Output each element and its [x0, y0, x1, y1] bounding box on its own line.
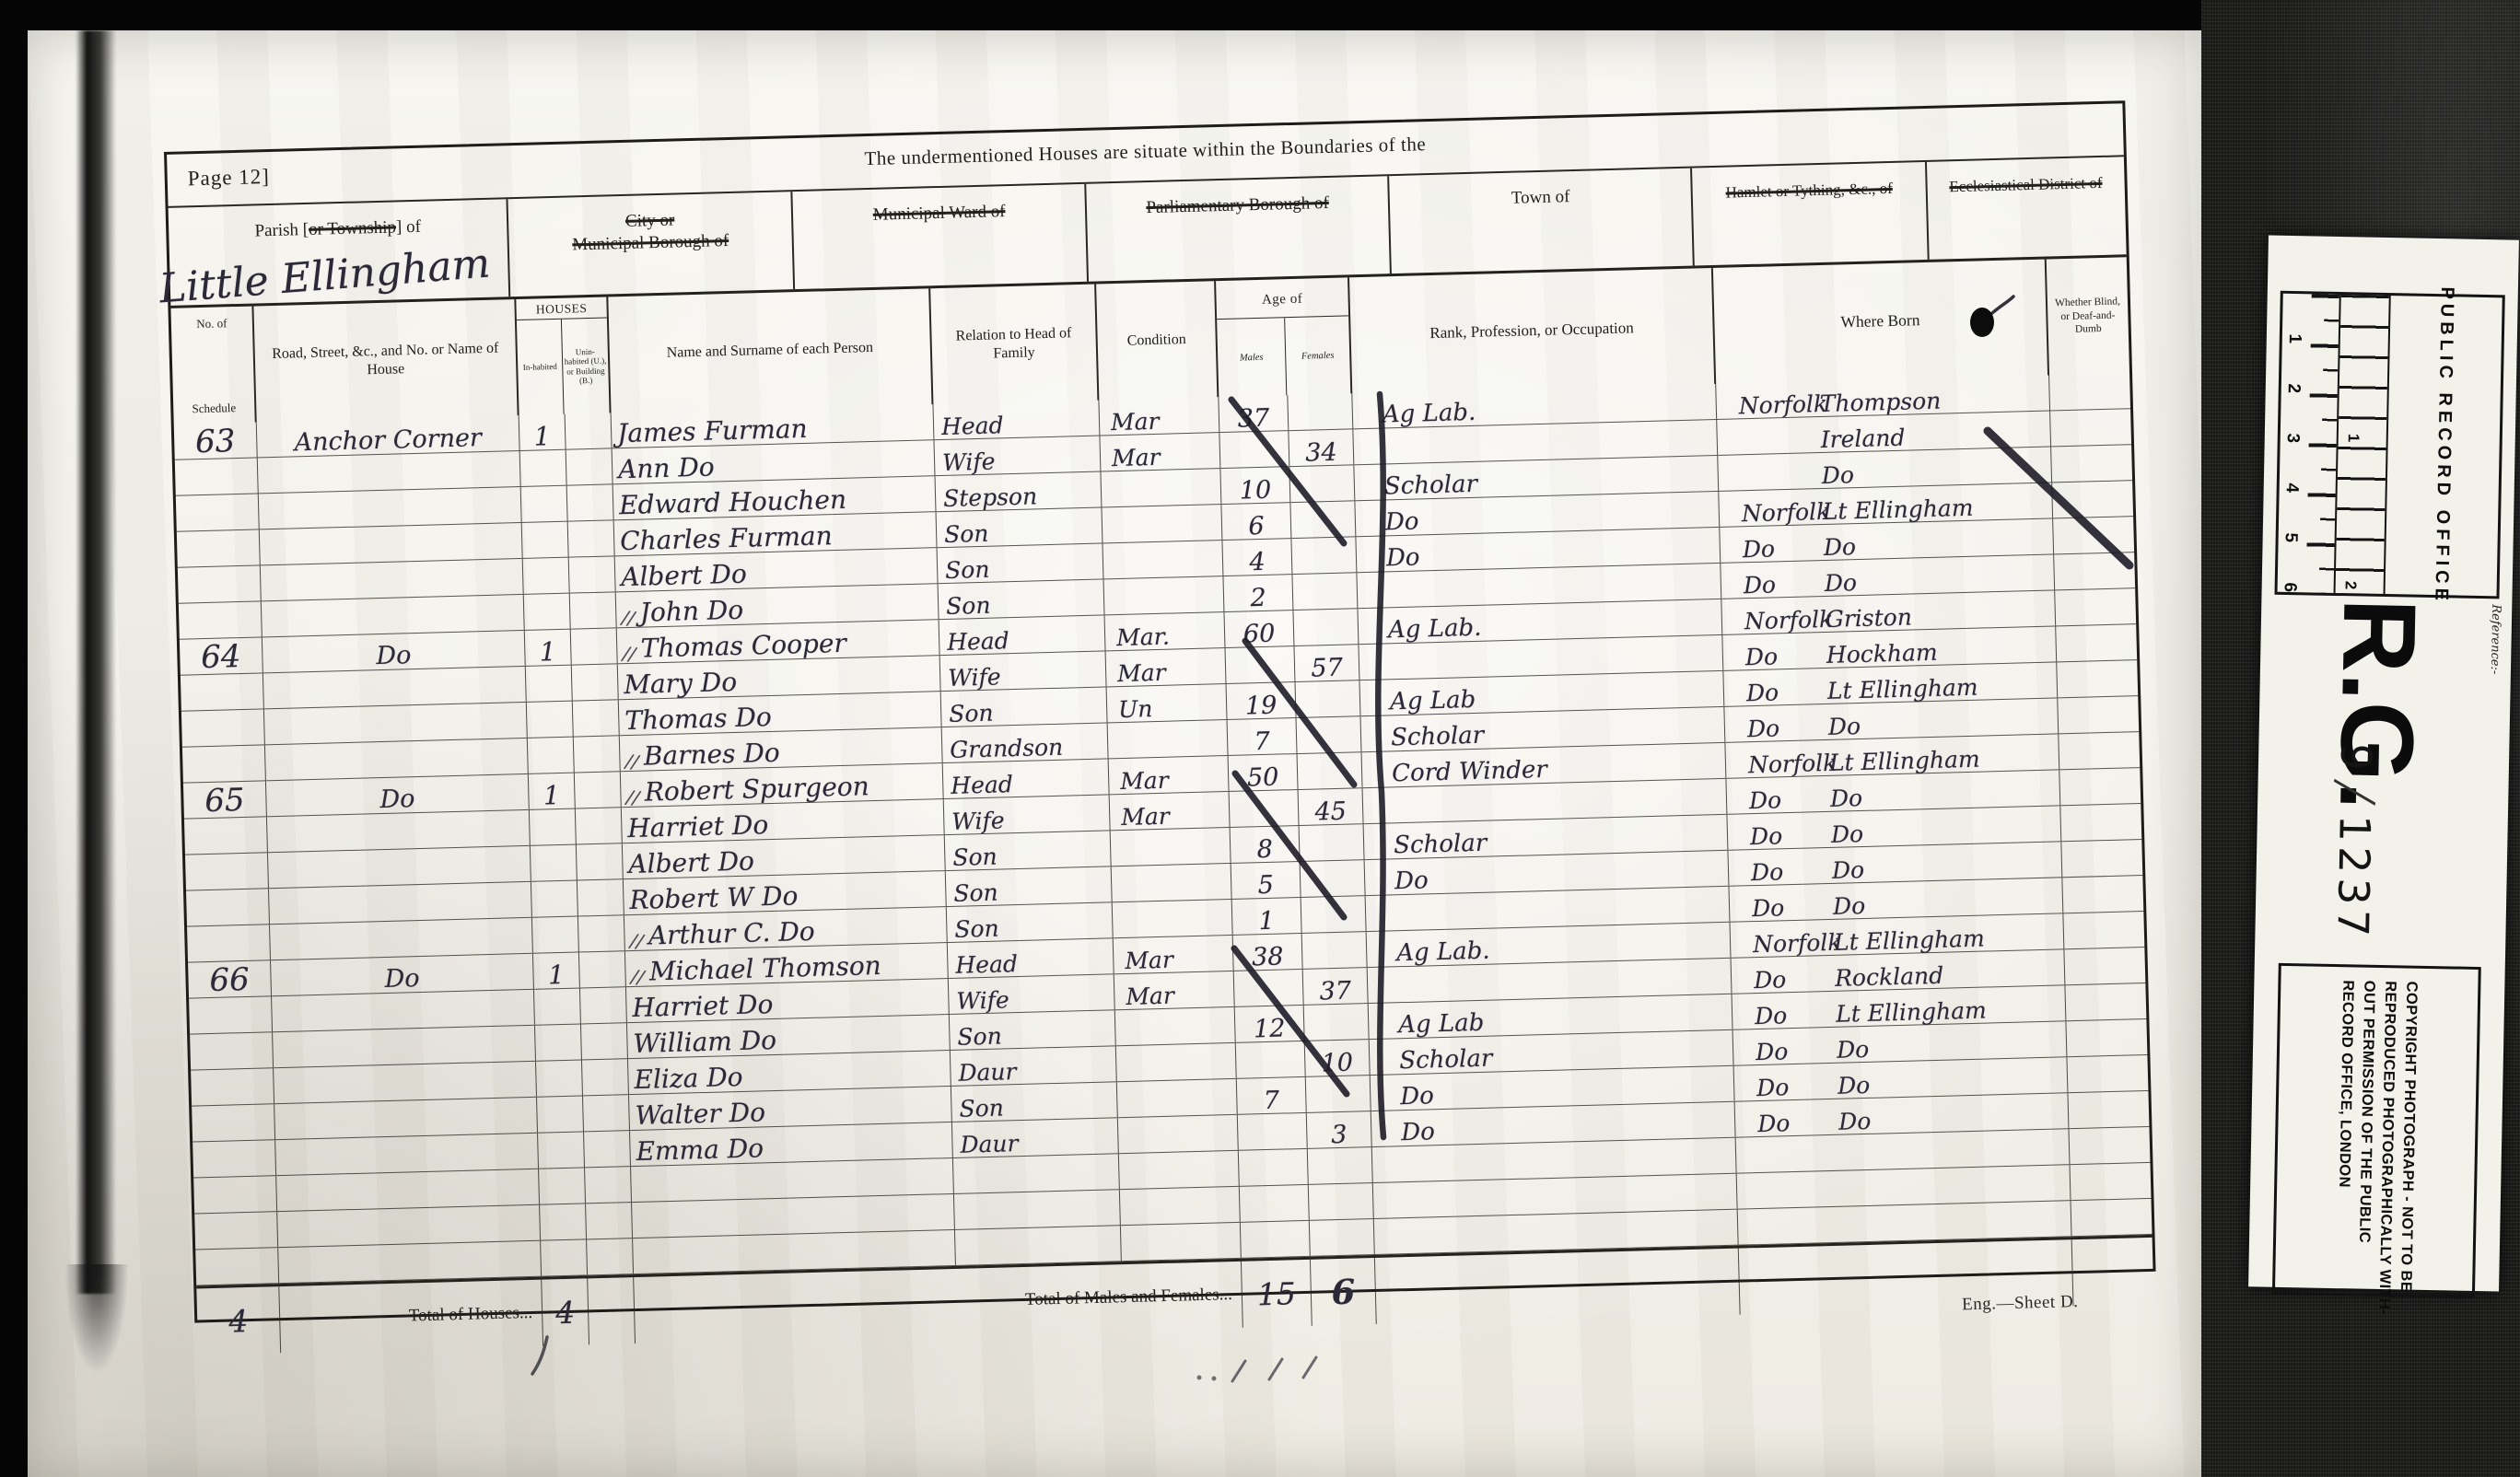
district-cell-city: City or Municipal Borough of: [507, 192, 795, 297]
schedule-header-line1: No. of: [196, 316, 227, 331]
ward-label: Municipal Ward of: [873, 202, 1006, 225]
cell-age-female: [1297, 716, 1362, 753]
cell-schedule: [182, 745, 266, 782]
born-county: Do: [1734, 1075, 1838, 1101]
cell-condition: [1119, 1151, 1240, 1189]
pro-card-rotated-content: PUBLIC RECORD OFFICE 12 123456 Reference…: [2248, 235, 2519, 1291]
cell-age-female: [1309, 1183, 1374, 1220]
cell-blind: [2053, 517, 2134, 553]
cell-age-male: 10: [1220, 467, 1290, 504]
born-parish: Do: [1824, 535, 1857, 560]
cell-road: Do: [266, 774, 530, 816]
caret-mark: //: [624, 751, 639, 772]
cell-relation: Son: [945, 831, 1112, 870]
hamlet-label: Hamlet or Tything, &c., of: [1725, 180, 1893, 202]
cell-age-male: 37: [1219, 395, 1289, 432]
cell-inhabited: [530, 809, 577, 845]
cell-condition: Mar: [1106, 648, 1227, 686]
born-parish: Do: [1832, 858, 1865, 883]
cell-schedule: [185, 853, 269, 890]
cell-relation: Wife: [949, 974, 1115, 1014]
cell-relation: Daur: [952, 1118, 1119, 1157]
cell-age-female: [1290, 501, 1356, 538]
born-county: Do: [1730, 895, 1834, 922]
cell-age-female: [1304, 1004, 1370, 1041]
cell-age-male: 5: [1231, 862, 1301, 899]
pro-ruler-box: PUBLIC RECORD OFFICE 12 123456: [2274, 291, 2504, 599]
cell-relation: Wife: [934, 436, 1101, 475]
ruler-cm-band: 123456: [2278, 294, 2339, 593]
person-name: Eliza Do: [634, 1064, 743, 1094]
cell-age-male: 4: [1222, 539, 1292, 576]
cell-blind: [2061, 840, 2142, 877]
born-county: Do: [1733, 1039, 1837, 1065]
born-county: Do: [1724, 680, 1828, 706]
parliamentary-label: Parliamentary Borough of: [1146, 193, 1329, 217]
reference-slash: /: [2322, 776, 2389, 809]
col-header-where-born: Where Born: [1713, 260, 2049, 384]
city-label-line1: City or: [625, 211, 675, 231]
cell-inhabited: [520, 450, 567, 486]
cell-schedule: [184, 817, 268, 854]
col-header-name: Name and Surname of each Person: [608, 288, 933, 413]
cell-age-female: [1288, 393, 1353, 430]
cell-age-male: [1240, 1185, 1310, 1222]
cell-road: [270, 918, 533, 959]
page-gutter-fade: [64, 1264, 129, 1375]
totals-males: 15: [1242, 1260, 1312, 1328]
caret-mark: //: [629, 931, 644, 951]
cell-uninhabited: [580, 987, 627, 1023]
ruler-cm-number: 5: [2281, 493, 2302, 542]
caret-mark: //: [622, 644, 636, 664]
ecclesiastical-label: Ecclesiastical District of: [1949, 174, 2103, 195]
cell-blind: [2069, 1127, 2150, 1164]
person-name: Charles Furman: [620, 524, 833, 556]
cell-uninhabited: [570, 592, 617, 628]
born-parish: Lt Ellingham: [1829, 747, 1980, 775]
cell-relation: Stepson: [936, 471, 1102, 511]
col-header-relation: Relation to Head of Family: [930, 285, 1099, 405]
cell-road: [264, 703, 528, 744]
cell-age-male: 12: [1235, 1006, 1305, 1042]
col-header-age-group: Age of Males Females: [1216, 277, 1352, 397]
cell-age-female: [1301, 896, 1367, 933]
cell-road: Anchor Corner: [257, 415, 520, 457]
totals-females-value: 6: [1331, 1272, 1356, 1313]
ruler-cm-number: 4: [2281, 443, 2303, 493]
cell-age-male: 7: [1237, 1077, 1307, 1114]
cell-uninhabited: [572, 664, 619, 700]
city-label-line2: Municipal Borough of: [572, 231, 729, 254]
ruler-inch-number: 1: [2344, 295, 2365, 442]
cell-condition: Mar: [1100, 433, 1220, 471]
cell-inhabited: [536, 1060, 583, 1096]
person-name: Thomas Do: [624, 704, 772, 735]
cell-inhabited: 1: [519, 414, 566, 450]
person-name: Thomas Cooper: [640, 631, 846, 662]
cell-condition: [1108, 720, 1229, 758]
cell-schedule: [181, 709, 265, 746]
cell-schedule: [193, 1176, 277, 1213]
cell-relation: Grandson: [942, 723, 1109, 762]
cell-age-male: 8: [1231, 826, 1301, 863]
totals-houses-label: Total of Houses...: [279, 1280, 543, 1353]
cell-schedule: [178, 565, 262, 602]
binding-cloth-strip: PUBLIC RECORD OFFICE 12 123456 Reference…: [2201, 0, 2520, 1477]
district-cell-parish: Parish [or Township] of Little Ellingham: [169, 199, 511, 306]
cell-inhabited: [539, 1168, 586, 1204]
cell-road: [272, 990, 535, 1031]
cell-age-female: [1300, 824, 1365, 861]
col-header-uninhabited: Unin-habited (U.), or Building (B.): [562, 318, 610, 413]
cell-age-female: [1302, 932, 1368, 969]
born-county: Do: [1723, 644, 1827, 670]
cell-condition: [1117, 1079, 1238, 1117]
cell-inhabited: [528, 738, 575, 773]
cell-uninhabited: [575, 772, 622, 808]
born-county: Do: [1727, 787, 1831, 814]
col-header-condition: Condition: [1096, 281, 1219, 400]
col-header-road: Road, Street, &c., and No. or Name of Ho…: [253, 299, 519, 422]
totals-schedule-count: 4: [196, 1286, 281, 1355]
cell-condition: [1104, 576, 1225, 614]
cell-relation: Son: [941, 687, 1108, 727]
cell-schedule: 63: [174, 422, 258, 459]
cell-road: [273, 1026, 536, 1067]
cell-condition: Mar: [1109, 756, 1230, 794]
cell-age-male: [1219, 431, 1289, 468]
cell-age-female: [1306, 1076, 1371, 1112]
cell-age-female: [1301, 860, 1366, 897]
cell-age-male: [1236, 1041, 1306, 1078]
cell-condition: [1102, 505, 1222, 542]
cell-blind: [2057, 660, 2138, 697]
cell-condition: [1101, 469, 1221, 506]
parish-label-suffix: ] of: [396, 217, 421, 238]
totals-occupation-blank: [1375, 1249, 1741, 1324]
cell-road: [261, 559, 524, 600]
col-header-occupation: Rank, Profession, or Occupation: [1349, 268, 1716, 393]
cell-blind: [2067, 1055, 2148, 1092]
cell-inhabited: 1: [529, 773, 576, 809]
cell-age-female: [1289, 465, 1355, 502]
piece-number: 1237: [2327, 814, 2380, 941]
cell-age-male: [1234, 970, 1304, 1006]
cell-blind: [2051, 445, 2132, 482]
born-county: Norfolk: [1716, 392, 1820, 419]
totals-houses-count: 4: [542, 1278, 589, 1345]
cell-inhabited: [540, 1204, 587, 1239]
person-name: Harriet Do: [632, 992, 774, 1022]
cell-condition: Mar: [1114, 936, 1234, 973]
cell-inhabited: [523, 558, 570, 594]
col-header-females: Females: [1285, 316, 1350, 395]
district-cell-ecclesiastical: Ecclesiastical District of: [1927, 157, 2127, 260]
scanned-paper: Page 12] The undermentioned Houses are s…: [28, 30, 2201, 1477]
col-header-houses-group: HOUSES In-habited Unin-habited (U.), or …: [516, 297, 611, 415]
cell-age-female: [1293, 609, 1359, 645]
born-parish: Lt Ellingham: [1823, 495, 1974, 524]
born-parish: Lt Ellingham: [1827, 675, 1978, 704]
cell-relation: [953, 1154, 1120, 1193]
cell-relation: Son: [939, 579, 1105, 619]
reference-number: 9 / 1237: [2320, 743, 2388, 942]
person-name: Harriet Do: [627, 813, 769, 843]
person-name: Emma Do: [636, 1136, 764, 1166]
schedule-header-line2: Schedule: [192, 401, 236, 416]
ruler-inch-number: 2: [2341, 442, 2362, 589]
cell-age-male: 19: [1227, 682, 1297, 719]
cell-inhabited: [531, 881, 578, 917]
district-cell-hamlet: Hamlet or Tything, &c., of: [1692, 162, 1929, 266]
copyright-line: REPRODUCED PHOTOGRAPHICALLY WITH-: [2375, 981, 2398, 1281]
cell-age-female: 57: [1294, 645, 1359, 681]
born-county: Norfolk: [1722, 608, 1826, 634]
cell-schedule: [192, 1140, 276, 1177]
cell-condition: [1116, 1043, 1237, 1081]
cell-blind: [2059, 732, 2140, 769]
cell-schedule: [191, 1068, 274, 1105]
cell-uninhabited: [582, 1059, 629, 1095]
public-record-office-label: PUBLIC RECORD OFFICE: [2384, 296, 2502, 596]
person-name: Walter Do: [635, 1100, 765, 1130]
cell-uninhabited: [585, 1167, 632, 1203]
cell-age-male: [1238, 1113, 1308, 1150]
parish-label-struck: or Township: [309, 217, 396, 238]
born-county: Norfolk: [1726, 751, 1830, 778]
person-name: John Do: [639, 598, 743, 626]
cell-condition: [1113, 900, 1233, 937]
cell-inhabited: [527, 702, 574, 738]
district-cell-parliamentary: Parliamentary Borough of: [1086, 176, 1392, 282]
cell-uninhabited: [569, 556, 616, 592]
born-county: Norfolk: [1731, 931, 1835, 958]
cell-inhabited: [526, 666, 573, 702]
cell-schedule: [190, 1032, 274, 1069]
cell-uninhabited: [567, 484, 614, 520]
totals-blind-blank: [2072, 1238, 2154, 1306]
cell-condition: [1118, 1115, 1239, 1153]
cell-condition: Mar: [1114, 971, 1235, 1009]
cell-age-male: 60: [1224, 611, 1294, 647]
cell-age-female: [1310, 1219, 1375, 1256]
cell-relation: Wife: [944, 795, 1111, 834]
class-number: 9: [2331, 743, 2382, 771]
cell-schedule: 64: [180, 637, 263, 674]
person-name: Robert W Do: [629, 884, 799, 914]
cell-uninhabited: [571, 628, 618, 664]
person-name: Barnes Do: [643, 740, 780, 770]
cell-age-male: 38: [1233, 934, 1303, 971]
cell-relation: Son: [937, 507, 1103, 547]
totals-males-value: 15: [1256, 1275, 1296, 1312]
cell-inhabited: [538, 1132, 585, 1168]
born-parish: Griston: [1826, 605, 1913, 632]
ruler-cm-number: 2: [2283, 343, 2304, 393]
cell-road: [260, 523, 523, 564]
cell-road: [262, 595, 525, 636]
cell-schedule: [179, 601, 262, 638]
person-name: Mary Do: [624, 669, 737, 699]
cell-relation: Son: [950, 1010, 1116, 1050]
person-name: Ann Do: [618, 455, 715, 483]
cell-blind: [2056, 624, 2137, 661]
born-parish: Do: [1837, 1038, 1870, 1063]
cell-condition: Mar: [1110, 792, 1231, 830]
cell-uninhabited: [586, 1203, 633, 1239]
born-parish: Do: [1837, 1074, 1871, 1099]
cell-inhabited: 1: [533, 952, 580, 988]
cell-road: [275, 1134, 539, 1175]
cell-age-female: [1298, 752, 1363, 789]
cell-uninhabited: [568, 520, 615, 556]
cell-age-male: [1226, 646, 1296, 683]
person-name: Albert Do: [621, 562, 747, 591]
cell-condition: Mar: [1099, 397, 1219, 435]
cell-age-male: [1239, 1149, 1309, 1186]
cell-schedule: [187, 925, 271, 961]
cell-uninhabited: [576, 808, 623, 843]
totals-uninhabited-blank: [588, 1277, 636, 1344]
cell-road: [274, 1098, 538, 1139]
census-form: Page 12] The undermentioned Houses are s…: [164, 100, 2156, 1322]
born-parish: Do: [1830, 786, 1863, 811]
col-header-inhabited: In-habited: [517, 320, 565, 415]
cell-condition: Mar.: [1105, 612, 1226, 650]
cell-blind: [2050, 409, 2131, 446]
cell-road: [276, 1169, 540, 1211]
born-parish: Do: [1828, 715, 1861, 739]
cell-condition: [1120, 1187, 1241, 1225]
cell-schedule: 66: [188, 960, 272, 997]
cell-inhabited: [537, 1096, 584, 1132]
cell-road: [263, 667, 527, 708]
pro-rg-section: Reference:- R.G.: [2258, 594, 2512, 746]
district-cell-ward: Municipal Ward of: [792, 184, 1089, 289]
cell-age-female: [1308, 1147, 1373, 1184]
cell-relation: Son: [938, 543, 1104, 583]
cell-blind: [2054, 552, 2135, 589]
born-parish: Do: [1833, 894, 1866, 919]
cell-blind: [2062, 876, 2143, 913]
born-county: Do: [1735, 1111, 1839, 1137]
cell-road: [274, 1062, 537, 1103]
cell-uninhabited: [583, 1095, 630, 1131]
person-name: James Furman: [617, 416, 808, 448]
cell-blind: [2063, 912, 2144, 948]
born-parish: Do: [1838, 1110, 1872, 1134]
ruler-cm-numbers: 123456: [2280, 294, 2305, 592]
cell-schedule: [175, 458, 259, 494]
cell-road: [258, 451, 521, 493]
cell-condition: [1112, 864, 1232, 901]
cell-uninhabited: [566, 448, 613, 484]
cell-inhabited: [541, 1239, 588, 1275]
cell-schedule: [189, 996, 273, 1033]
born-county: Norfolk: [1720, 500, 1824, 527]
cell-condition: [1111, 828, 1231, 866]
cell-road: [259, 487, 522, 529]
cell-inhabited: 1: [525, 630, 572, 666]
cell-uninhabited: [578, 915, 625, 951]
pro-piece-section: 9 / 1237: [2255, 741, 2510, 967]
cell-age-female: 37: [1303, 968, 1369, 1005]
born-parish: Ireland: [1820, 425, 1905, 452]
cell-condition: [1102, 541, 1223, 578]
cell-schedule: [177, 529, 261, 566]
born-parish: Lt Ellingham: [1836, 998, 1987, 1027]
cell-age-female: 10: [1305, 1040, 1371, 1076]
ruler-inch-band: 12: [2334, 295, 2389, 594]
born-county: Do: [1729, 859, 1833, 886]
cell-schedule: [194, 1212, 278, 1249]
cell-uninhabited: [587, 1239, 634, 1274]
born-county: Do: [1732, 967, 1836, 994]
houses-group-title: HOUSES: [516, 297, 607, 320]
cell-relation: Son: [951, 1082, 1118, 1122]
cell-uninhabited: [581, 1023, 628, 1059]
cell-blind: [2049, 373, 2130, 410]
cell-blind: [2052, 481, 2133, 518]
cell-relation: [954, 1190, 1121, 1229]
sheet-label: Eng.—Sheet D.: [1962, 1292, 2079, 1315]
cell-relation: [955, 1226, 1122, 1265]
born-parish: Do: [1821, 463, 1854, 488]
pro-reference-card: PUBLIC RECORD OFFICE 12 123456 Reference…: [2248, 235, 2519, 1291]
cell-blind: [2058, 696, 2139, 733]
cell-age-male: [1230, 790, 1300, 827]
census-scan-page: { "page": { "page_label": "Page 12]", "m…: [0, 0, 2520, 1477]
totals-females: 6: [1311, 1258, 1377, 1326]
cell-blind: [2068, 1091, 2149, 1128]
cell-uninhabited: [566, 413, 612, 448]
cell-inhabited: [521, 486, 568, 522]
born-county: Do: [1721, 572, 1826, 599]
cell-relation: Wife: [940, 651, 1107, 691]
reference-label: Reference:-: [2488, 604, 2502, 674]
cell-relation: Head: [939, 615, 1106, 655]
caret-mark: //: [631, 967, 646, 987]
cell-road: [277, 1205, 541, 1247]
cell-condition: [1115, 1007, 1236, 1045]
cell-condition: Un: [1107, 684, 1228, 722]
cell-inhabited: [522, 522, 569, 558]
person-name: Arthur C. Do: [648, 919, 815, 949]
cell-uninhabited: [577, 879, 624, 915]
cell-relation: Son: [946, 866, 1113, 906]
person-name: William Do: [633, 1028, 776, 1058]
cell-road: [278, 1241, 542, 1283]
cell-road: Do: [271, 954, 534, 995]
col-header-males: Males: [1217, 318, 1287, 397]
cell-relation: Head: [948, 938, 1114, 978]
col-header-blind: Whether Blind, or Deaf-and-Dumb: [2047, 257, 2129, 375]
cell-inhabited: [531, 845, 577, 881]
born-parish: Do: [1825, 571, 1858, 596]
cell-uninhabited: [579, 951, 626, 987]
cell-blind: [2066, 1019, 2147, 1056]
cell-road: [265, 738, 529, 780]
cell-schedule: [192, 1104, 275, 1141]
born-parish: Do: [1831, 822, 1864, 847]
person-name: Albert Do: [628, 849, 754, 878]
cell-age-female: [1292, 573, 1358, 610]
cell-age-male: 2: [1223, 575, 1293, 611]
copyright-line: COPYRIGHT PHOTOGRAPH - NOT TO BE: [2397, 981, 2420, 1281]
table-body: 63Anchor Corner1James FurmanHeadMar37Ag …: [174, 373, 2152, 1285]
ruler-cm-number: 3: [2282, 393, 2304, 443]
